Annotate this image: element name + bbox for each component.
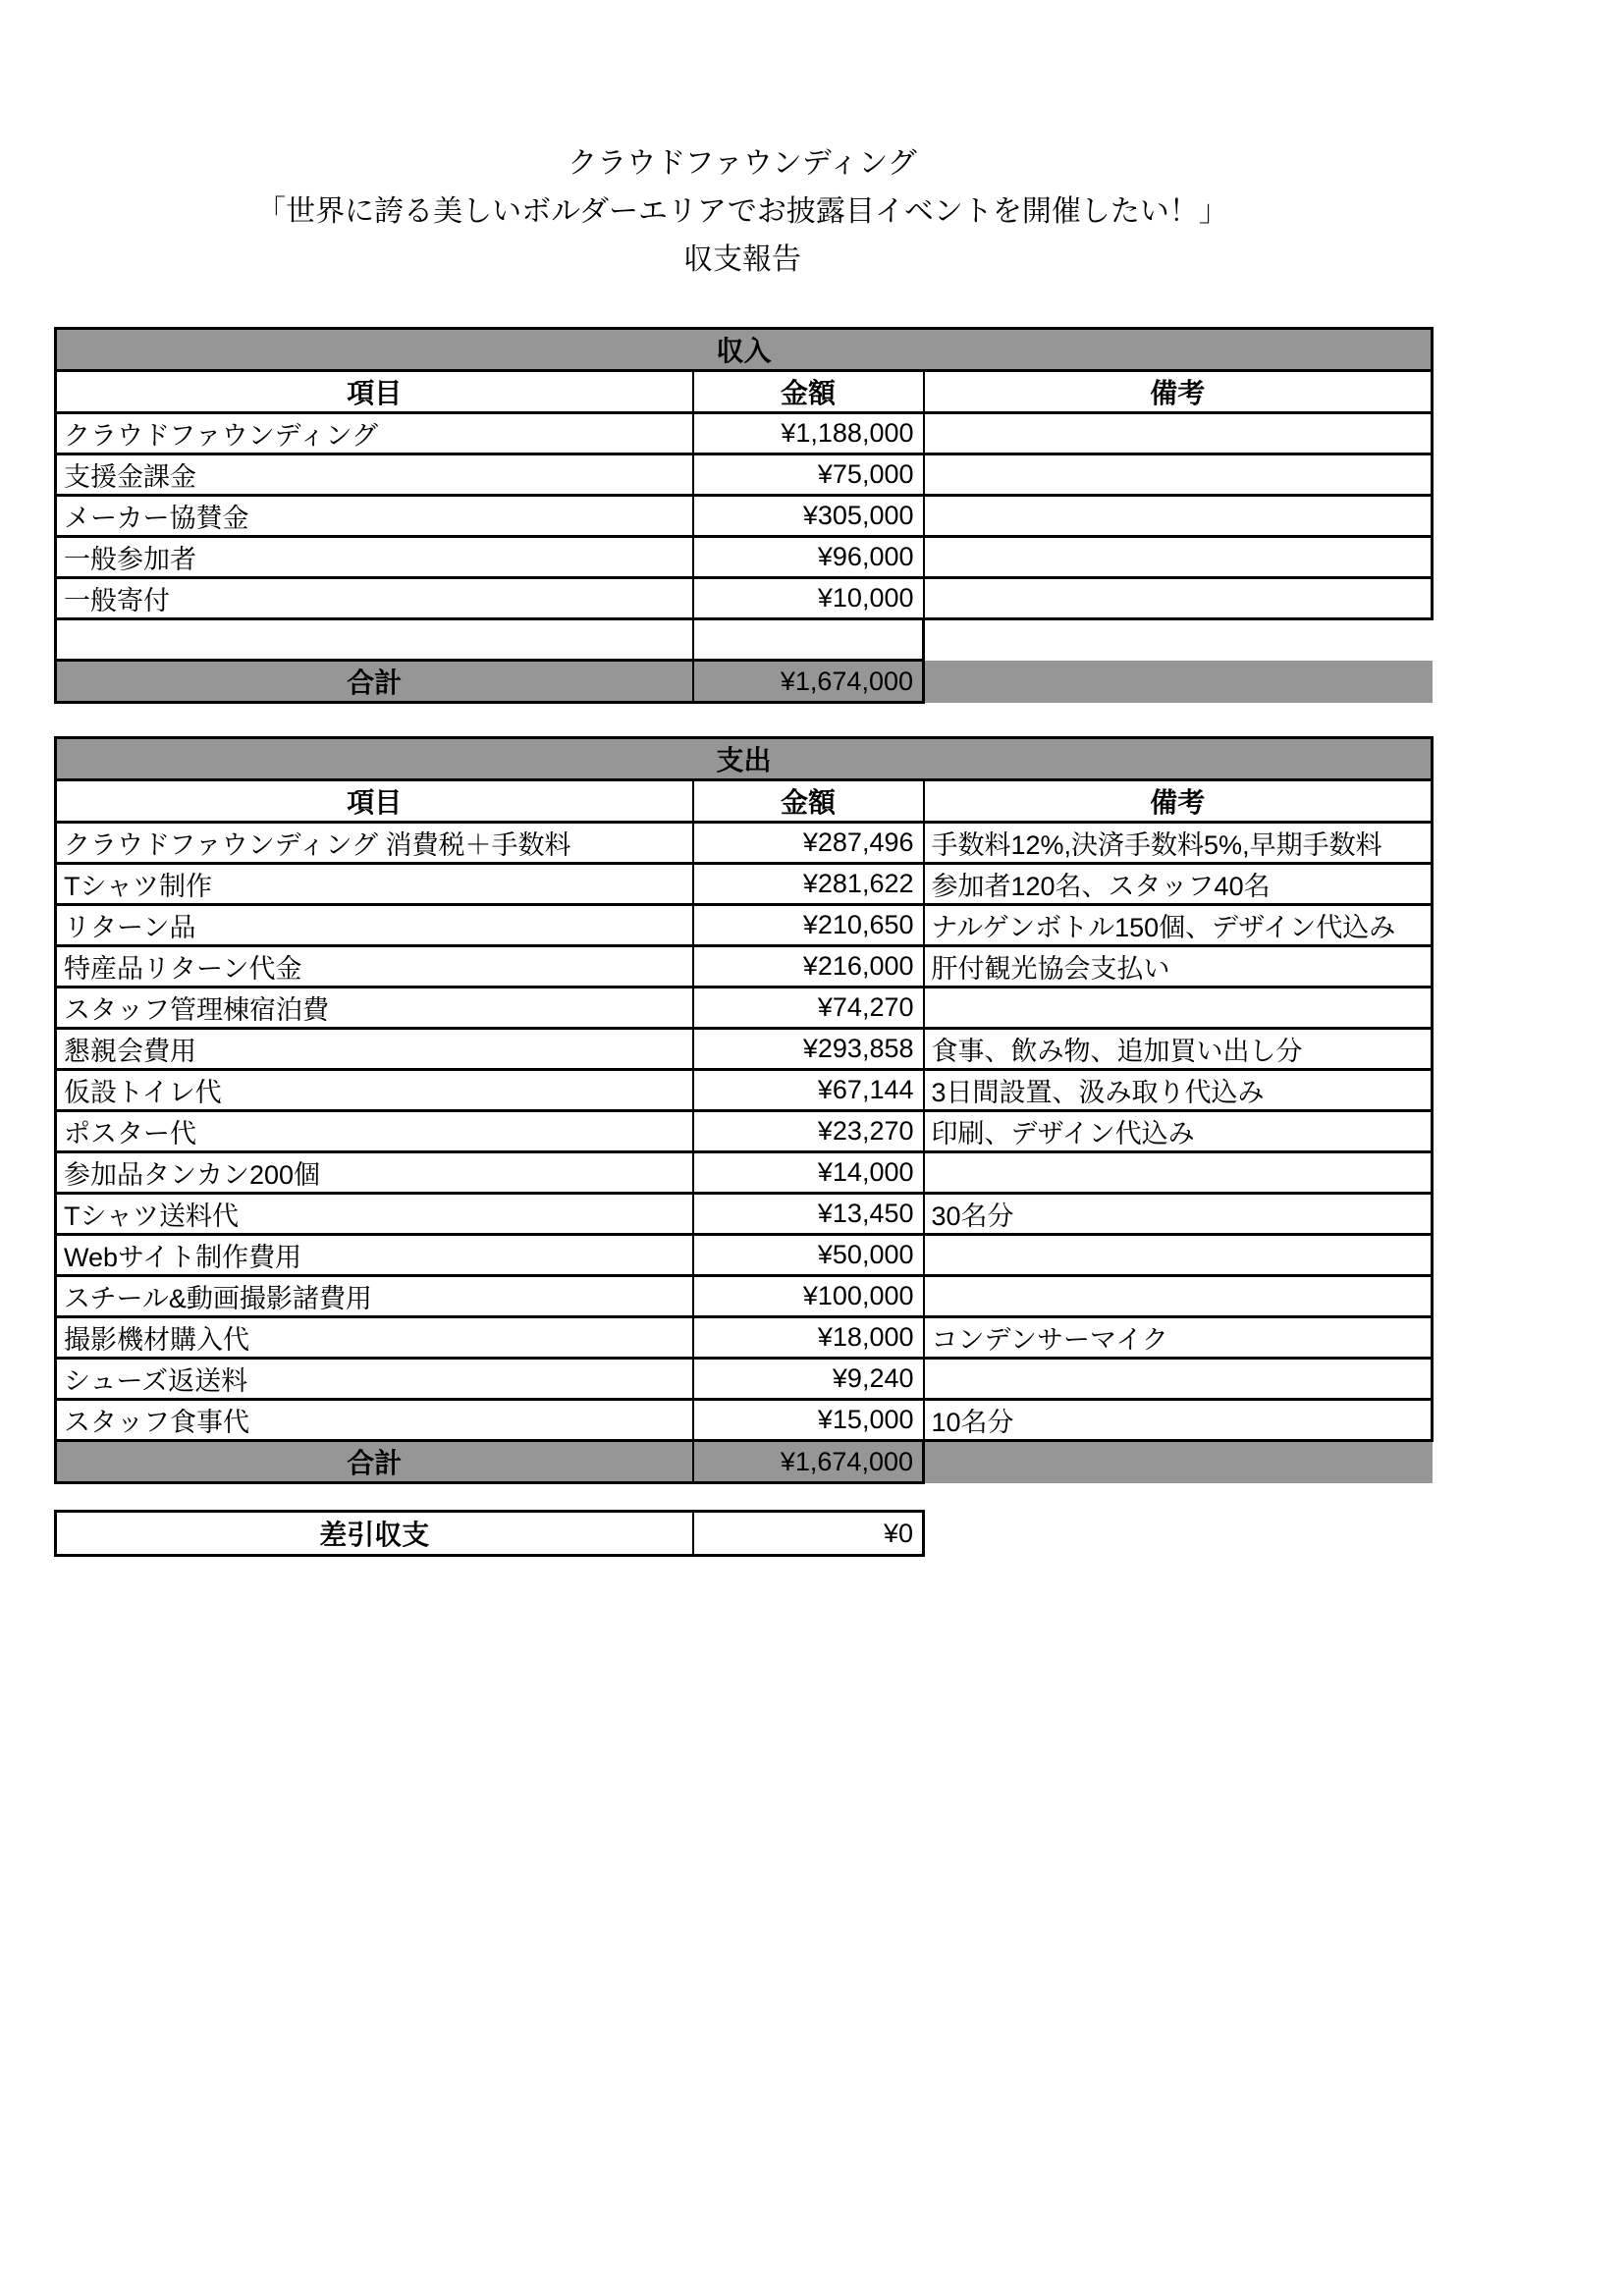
expense-item: 参加品タンカン200個 [56, 1152, 693, 1194]
expense-total-row: 合計 ¥1,674,000 [56, 1441, 1433, 1483]
expense-row: リターン品 ¥210,650 ナルゲンボトル150個、デザイン代込み [56, 905, 1433, 946]
expense-note [924, 988, 1433, 1029]
expense-row: 仮設トイレ代 ¥67,144 3日間設置、汲み取り代込み [56, 1070, 1433, 1111]
expense-row: クラウドファウンディング 消費税＋手数料 ¥287,496 手数料12%,決済手… [56, 823, 1433, 864]
income-row: 一般寄付 ¥10,000 [56, 578, 1433, 619]
balance-label: 差引収支 [56, 1512, 693, 1556]
expense-amount: ¥9,240 [693, 1359, 924, 1400]
expense-note: 印刷、デザイン代込み [924, 1111, 1433, 1152]
expense-note: 肝付観光協会支払い [924, 946, 1433, 988]
expense-item: ポスター代 [56, 1111, 693, 1152]
expense-header-item: 項目 [56, 780, 693, 823]
income-item: クラウドファウンディング [56, 413, 693, 454]
income-item: 一般参加者 [56, 537, 693, 578]
report-title: クラウドファウンディング 「世界に誇る美しいボルダーエリアでお披露目イベントを開… [54, 139, 1431, 284]
income-amount: ¥75,000 [693, 454, 924, 496]
expense-row: Tシャツ制作 ¥281,622 参加者120名、スタッフ40名 [56, 864, 1433, 905]
expense-item: スタッフ食事代 [56, 1400, 693, 1441]
income-empty-row [56, 619, 1433, 661]
income-empty-ghost [924, 619, 1433, 661]
income-amount: ¥1,188,000 [693, 413, 924, 454]
balance-table: 差引収支 ¥0 [54, 1510, 925, 1557]
income-header-note: 備考 [924, 371, 1433, 413]
income-note [924, 496, 1433, 537]
income-total-label: 合計 [56, 661, 693, 703]
title-line-3: 収支報告 [54, 236, 1431, 284]
expense-item: リターン品 [56, 905, 693, 946]
expense-header-note: 備考 [924, 780, 1433, 823]
income-note [924, 537, 1433, 578]
expense-row: 懇親会費用 ¥293,858 食事、飲み物、追加買い出し分 [56, 1029, 1433, 1070]
expense-amount: ¥210,650 [693, 905, 924, 946]
expense-amount: ¥281,622 [693, 864, 924, 905]
income-total-row: 合計 ¥1,674,000 [56, 661, 1433, 703]
balance-row: 差引収支 ¥0 [56, 1512, 924, 1556]
expense-row: 撮影機材購入代 ¥18,000 コンデンサーマイク [56, 1317, 1433, 1359]
expense-header-row: 項目 金額 備考 [56, 780, 1433, 823]
expense-row: 参加品タンカン200個 ¥14,000 [56, 1152, 1433, 1194]
expense-note [924, 1276, 1433, 1317]
income-amount: ¥10,000 [693, 578, 924, 619]
income-empty-amount [693, 619, 924, 661]
expense-amount: ¥74,270 [693, 988, 924, 1029]
expense-amount: ¥14,000 [693, 1152, 924, 1194]
expense-amount: ¥23,270 [693, 1111, 924, 1152]
income-row: 一般参加者 ¥96,000 [56, 537, 1433, 578]
expense-total-amount: ¥1,674,000 [693, 1441, 924, 1483]
income-total-ghost [924, 661, 1433, 703]
income-item: 支援金課金 [56, 454, 693, 496]
income-row: クラウドファウンディング ¥1,188,000 [56, 413, 1433, 454]
expense-amount: ¥18,000 [693, 1317, 924, 1359]
expense-note [924, 1235, 1433, 1276]
expense-item: スチール&動画撮影諸費用 [56, 1276, 693, 1317]
expense-title-row: 支出 [56, 738, 1433, 780]
expense-item: シューズ返送料 [56, 1359, 693, 1400]
expense-amount: ¥15,000 [693, 1400, 924, 1441]
expense-amount: ¥100,000 [693, 1276, 924, 1317]
expense-amount: ¥293,858 [693, 1029, 924, 1070]
expense-row: スチール&動画撮影諸費用 ¥100,000 [56, 1276, 1433, 1317]
expense-item: Tシャツ送料代 [56, 1194, 693, 1235]
balance-amount: ¥0 [693, 1512, 924, 1556]
income-header-item: 項目 [56, 371, 693, 413]
expense-note [924, 1152, 1433, 1194]
expense-note: 食事、飲み物、追加買い出し分 [924, 1029, 1433, 1070]
report-sheet: クラウドファウンディング 「世界に誇る美しいボルダーエリアでお披露目イベントを開… [54, 0, 1431, 2296]
expense-note: 30名分 [924, 1194, 1433, 1235]
expense-amount: ¥67,144 [693, 1070, 924, 1111]
income-header-amount: 金額 [693, 371, 924, 413]
expense-note: 手数料12%,決済手数料5%,早期手数料 [924, 823, 1433, 864]
income-note [924, 578, 1433, 619]
expense-row: スタッフ管理棟宿泊費 ¥74,270 [56, 988, 1433, 1029]
expense-amount: ¥216,000 [693, 946, 924, 988]
income-item: 一般寄付 [56, 578, 693, 619]
expense-total-ghost [924, 1441, 1433, 1483]
income-note [924, 413, 1433, 454]
expense-row: 特産品リターン代金 ¥216,000 肝付観光協会支払い [56, 946, 1433, 988]
expense-amount: ¥50,000 [693, 1235, 924, 1276]
income-note [924, 454, 1433, 496]
expense-table: 支出 項目 金額 備考 クラウドファウンディング 消費税＋手数料 ¥287,49… [54, 736, 1434, 1484]
expense-item: Tシャツ制作 [56, 864, 693, 905]
expense-item: 懇親会費用 [56, 1029, 693, 1070]
income-item: メーカー協賛金 [56, 496, 693, 537]
expense-note: コンデンサーマイク [924, 1317, 1433, 1359]
expense-total-label: 合計 [56, 1441, 693, 1483]
expense-item: 仮設トイレ代 [56, 1070, 693, 1111]
expense-item: 特産品リターン代金 [56, 946, 693, 988]
income-header-row: 項目 金額 備考 [56, 371, 1433, 413]
expense-item: Webサイト制作費用 [56, 1235, 693, 1276]
expense-note [924, 1359, 1433, 1400]
expense-amount: ¥287,496 [693, 823, 924, 864]
income-row: メーカー協賛金 ¥305,000 [56, 496, 1433, 537]
income-empty-item [56, 619, 693, 661]
expense-item: クラウドファウンディング 消費税＋手数料 [56, 823, 693, 864]
expense-amount: ¥13,450 [693, 1194, 924, 1235]
expense-row: ポスター代 ¥23,270 印刷、デザイン代込み [56, 1111, 1433, 1152]
expense-note: 10名分 [924, 1400, 1433, 1441]
expense-section-title: 支出 [56, 738, 1433, 780]
expense-note: 参加者120名、スタッフ40名 [924, 864, 1433, 905]
expense-row: スタッフ食事代 ¥15,000 10名分 [56, 1400, 1433, 1441]
income-row: 支援金課金 ¥75,000 [56, 454, 1433, 496]
income-amount: ¥305,000 [693, 496, 924, 537]
expense-header-amount: 金額 [693, 780, 924, 823]
income-total-amount: ¥1,674,000 [693, 661, 924, 703]
expense-note: 3日間設置、汲み取り代込み [924, 1070, 1433, 1111]
income-title-row: 収入 [56, 329, 1433, 371]
title-line-2: 「世界に誇る美しいボルダーエリアでお披露目イベントを開催したい！」 [54, 187, 1431, 236]
expense-item: スタッフ管理棟宿泊費 [56, 988, 693, 1029]
income-amount: ¥96,000 [693, 537, 924, 578]
expense-row: シューズ返送料 ¥9,240 [56, 1359, 1433, 1400]
income-section-title: 収入 [56, 329, 1433, 371]
income-table: 収入 項目 金額 備考 クラウドファウンディング ¥1,188,000 支援金課… [54, 327, 1434, 704]
title-line-1: クラウドファウンディング [54, 139, 1431, 187]
expense-note: ナルゲンボトル150個、デザイン代込み [924, 905, 1433, 946]
expense-item: 撮影機材購入代 [56, 1317, 693, 1359]
expense-row: Webサイト制作費用 ¥50,000 [56, 1235, 1433, 1276]
expense-row: Tシャツ送料代 ¥13,450 30名分 [56, 1194, 1433, 1235]
